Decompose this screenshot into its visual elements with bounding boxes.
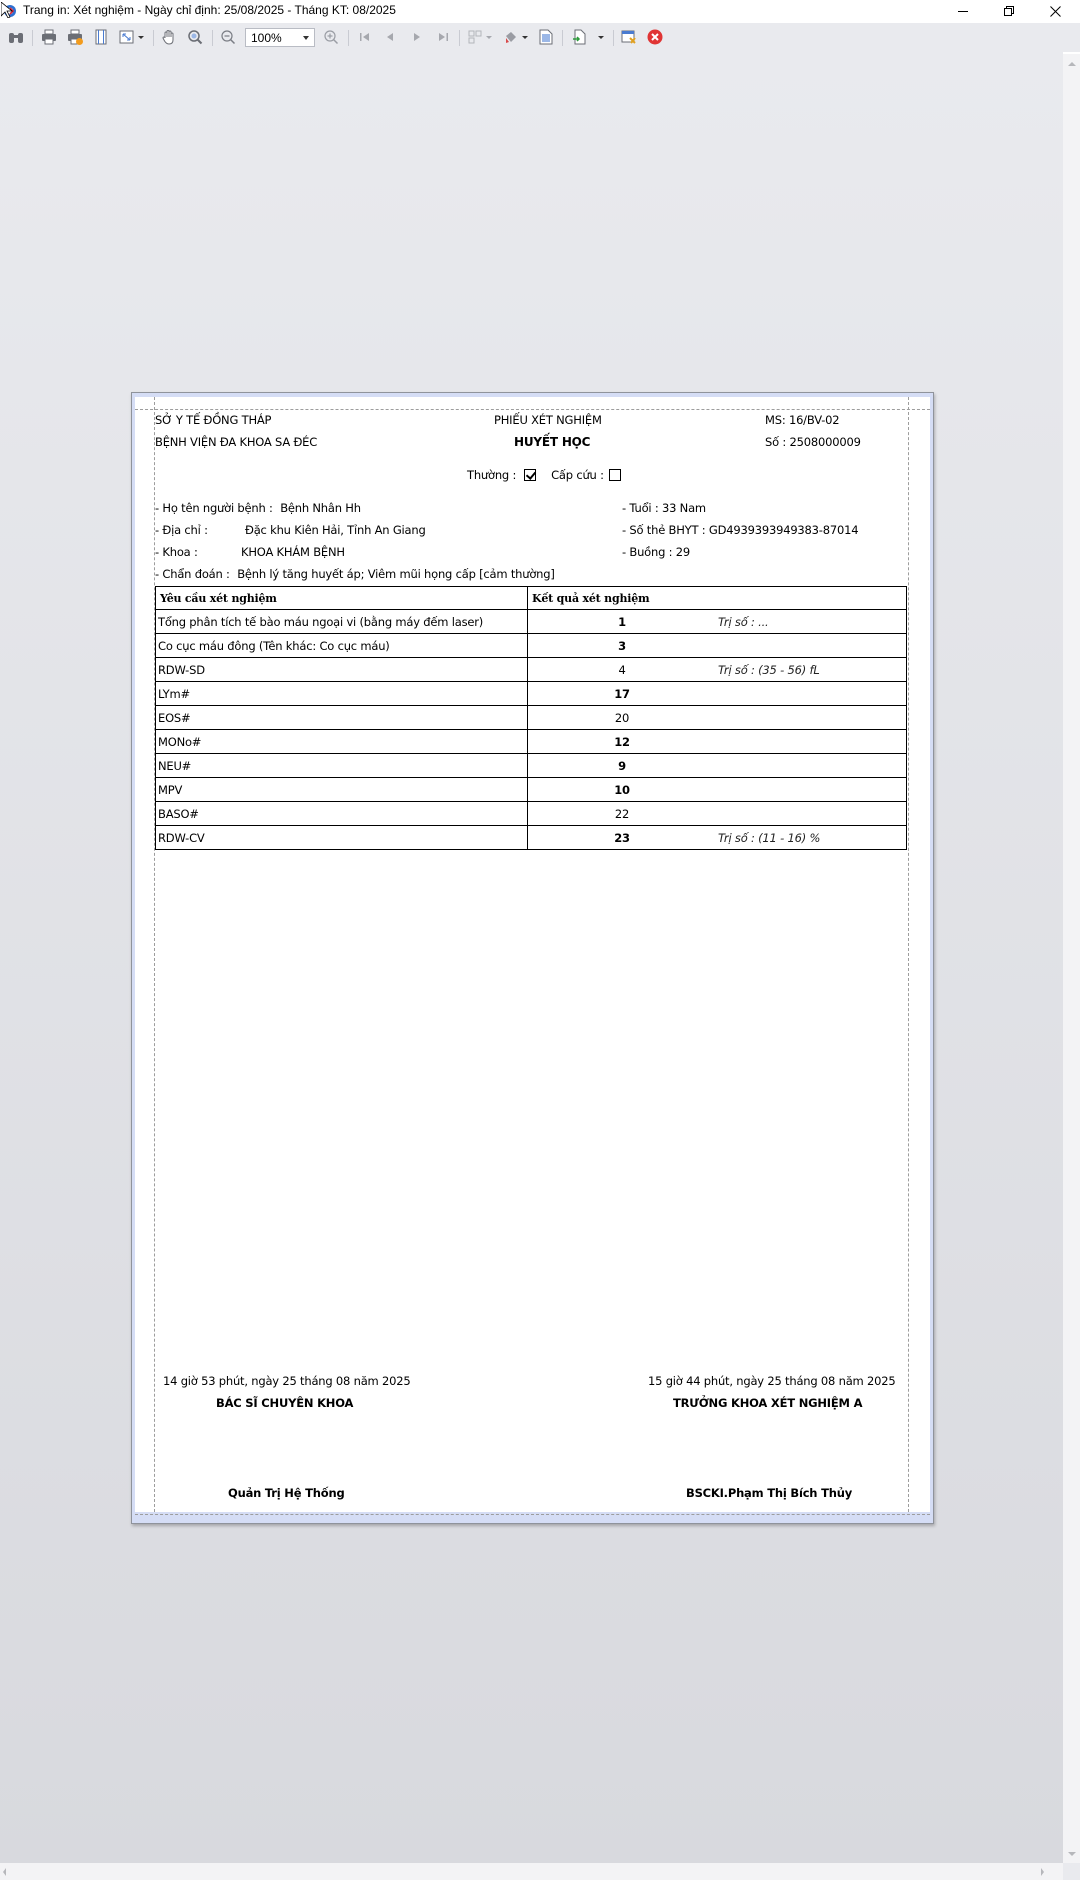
patient-department-label: - Khoa : bbox=[155, 545, 198, 559]
export-button[interactable] bbox=[570, 28, 588, 46]
right-signature-time: 15 giờ 44 phút, ngày 25 tháng 08 năm 202… bbox=[648, 1374, 895, 1388]
multiple-pages-button[interactable] bbox=[466, 28, 484, 46]
report-page bbox=[131, 392, 934, 1524]
test-result-value: 10 bbox=[528, 783, 716, 797]
patient-name: Bệnh Nhân Hh bbox=[280, 501, 361, 515]
test-result-value: 9 bbox=[528, 759, 716, 773]
table-row: MONo#12 bbox=[156, 730, 907, 754]
test-result-cell: 4Trị số : (35 - 56) fL bbox=[528, 658, 907, 682]
header-test-request: Yêu cầu xét nghiệm bbox=[156, 587, 528, 610]
patient-address-label: - Địa chỉ : bbox=[155, 523, 208, 537]
left-signature-time: 14 giờ 53 phút, ngày 25 tháng 08 năm 202… bbox=[163, 1374, 410, 1388]
test-result-value: 1 bbox=[528, 615, 716, 629]
right-signature-role: TRƯỞNG KHOA XÉT NGHIỆM A bbox=[673, 1396, 862, 1410]
test-result-value: 4 bbox=[528, 663, 716, 677]
priority-row: Thường : Cấp cứu : bbox=[467, 468, 621, 482]
patient-age: - Tuổi : 33 Nam bbox=[622, 501, 706, 515]
export-dropdown-caret[interactable] bbox=[598, 36, 604, 39]
form-title: PHIẾU XÉT NGHIỆM bbox=[494, 413, 602, 427]
test-name: RDW-SD bbox=[156, 658, 528, 682]
patient-room: - Buồng : 29 bbox=[622, 545, 690, 559]
toolbar-separator bbox=[459, 30, 460, 46]
toolbar-separator bbox=[348, 30, 349, 46]
first-page-icon bbox=[359, 31, 371, 43]
table-row: MPV10 bbox=[156, 778, 907, 802]
test-name: BASO# bbox=[156, 802, 528, 826]
table-row: EOS#20 bbox=[156, 706, 907, 730]
vertical-scrollbar[interactable] bbox=[1063, 54, 1080, 1864]
patient-name-row: - Họ tên người bệnh : Bệnh Nhân Hh bbox=[155, 501, 361, 515]
watermark-icon bbox=[539, 29, 553, 45]
header-test-result: Kết quả xét nghiệm bbox=[528, 587, 907, 610]
test-result-cell: 1Trị số : ... bbox=[528, 610, 907, 634]
test-name: MONo# bbox=[156, 730, 528, 754]
zoom-in-button[interactable] bbox=[322, 28, 340, 46]
report-page-content bbox=[135, 397, 930, 1512]
close-preview-icon bbox=[647, 29, 663, 45]
test-name: LYm# bbox=[156, 682, 528, 706]
patient-diagnosis-row: - Chẩn đoán : Bệnh lý tăng huyết áp; Viê… bbox=[155, 567, 555, 581]
test-result-cell: 20 bbox=[528, 706, 907, 730]
test-name: NEU# bbox=[156, 754, 528, 778]
reference-range: Trị số : (35 - 56) fL bbox=[718, 663, 820, 677]
org-department: SỞ Y TẾ ĐỒNG THÁP bbox=[155, 413, 271, 427]
multiple-pages-icon bbox=[468, 30, 482, 44]
close-icon bbox=[1050, 6, 1061, 17]
color-button[interactable] bbox=[502, 28, 520, 46]
table-row: LYm#17 bbox=[156, 682, 907, 706]
previous-page-button[interactable] bbox=[381, 28, 399, 46]
test-result-cell: 10 bbox=[528, 778, 907, 802]
minimize-icon bbox=[958, 6, 968, 16]
test-result-cell: 22 bbox=[528, 802, 907, 826]
priority-normal-label: Thường : bbox=[467, 468, 516, 482]
left-signature-role: BÁC SĨ CHUYÊN KHOA bbox=[216, 1396, 353, 1410]
table-row: NEU#9 bbox=[156, 754, 907, 778]
patient-address-row: - Địa chỉ : Đặc khu Kiên Hải, Tỉnh An Gi… bbox=[155, 523, 208, 537]
table-row: Tổng phân tích tế bào máu ngoại vi (bằng… bbox=[156, 610, 907, 634]
app-icon bbox=[1, 2, 17, 18]
last-page-icon bbox=[437, 31, 449, 43]
parameters-button[interactable] bbox=[620, 28, 638, 46]
table-header-row: Yêu cầu xét nghiệm Kết quả xét nghiệm bbox=[156, 587, 907, 610]
patient-address: Đặc khu Kiên Hải, Tỉnh An Giang bbox=[245, 523, 426, 537]
color-icon bbox=[503, 29, 519, 45]
scroll-up-icon[interactable] bbox=[1068, 62, 1076, 66]
table-row: RDW-CV23Trị số : (11 - 16) % bbox=[156, 826, 907, 850]
previous-page-icon bbox=[384, 31, 396, 43]
patient-department-row: - Khoa : KHOA KHÁM BỆNH bbox=[155, 545, 198, 559]
test-result-cell: 9 bbox=[528, 754, 907, 778]
margin-guide-left bbox=[154, 397, 155, 1512]
priority-emergency-checkbox[interactable] bbox=[609, 469, 621, 481]
margin-guide-bottom bbox=[135, 1514, 930, 1515]
table-row: Co cục máu đông (Tên khác: Co cục máu)3 bbox=[156, 634, 907, 658]
test-result-value: 17 bbox=[528, 687, 716, 701]
test-name: Co cục máu đông (Tên khác: Co cục máu) bbox=[156, 634, 528, 658]
test-result-value: 20 bbox=[528, 711, 716, 725]
scroll-down-icon[interactable] bbox=[1068, 1852, 1076, 1856]
watermark-button[interactable] bbox=[537, 28, 555, 46]
test-result-cell: 17 bbox=[528, 682, 907, 706]
parameters-icon bbox=[621, 29, 637, 45]
patient-department: KHOA KHÁM BỆNH bbox=[241, 545, 345, 559]
test-result-value: 3 bbox=[528, 639, 716, 653]
window-title: Trang in: Xét nghiệm - Ngày chỉ định: 25… bbox=[23, 3, 396, 17]
priority-emergency-label: Cấp cứu : bbox=[551, 468, 604, 482]
test-name: RDW-CV bbox=[156, 826, 528, 850]
horizontal-scrollbar[interactable] bbox=[0, 1863, 1063, 1880]
first-page-button[interactable] bbox=[356, 28, 374, 46]
minimize-button[interactable] bbox=[940, 0, 986, 22]
form-code: MS: 16/BV-02 bbox=[765, 413, 839, 427]
preview-toolbar-right bbox=[0, 23, 1080, 52]
reference-range: Trị số : ... bbox=[718, 615, 769, 629]
test-result-cell: 12 bbox=[528, 730, 907, 754]
title-bar: Trang in: Xét nghiệm - Ngày chỉ định: 25… bbox=[0, 0, 1080, 23]
patient-name-label: - Họ tên người bệnh : bbox=[155, 501, 273, 515]
scroll-right-icon[interactable] bbox=[1041, 1868, 1044, 1876]
table-row: RDW-SD4Trị số : (35 - 56) fL bbox=[156, 658, 907, 682]
close-preview-button[interactable] bbox=[646, 28, 664, 46]
test-name: MPV bbox=[156, 778, 528, 802]
test-result-value: 22 bbox=[528, 807, 716, 821]
test-name: EOS# bbox=[156, 706, 528, 730]
close-window-button[interactable] bbox=[1032, 0, 1078, 22]
restore-icon bbox=[1004, 6, 1014, 16]
form-subtitle: HUYẾT HỌC bbox=[514, 435, 590, 449]
results-table: Yêu cầu xét nghiệm Kết quả xét nghiệm Tổ… bbox=[155, 586, 907, 850]
scroll-left-icon[interactable] bbox=[3, 1868, 6, 1876]
margin-guide-right bbox=[908, 397, 909, 1512]
zoom-in-icon bbox=[323, 29, 339, 45]
form-number: Số : 2508000009 bbox=[765, 435, 861, 449]
margin-guide-top bbox=[135, 409, 930, 410]
test-result-cell: 3 bbox=[528, 634, 907, 658]
org-hospital: BỆNH VIỆN ĐA KHOA SA ĐÉC bbox=[155, 435, 317, 449]
patient-diagnosis: Bệnh lý tăng huyết áp; Viêm mũi họng cấp… bbox=[237, 567, 554, 581]
scrollbar-corner bbox=[1063, 1863, 1080, 1880]
export-icon bbox=[572, 29, 586, 45]
priority-normal-checkbox[interactable] bbox=[524, 469, 536, 481]
test-result-value: 23 bbox=[528, 831, 716, 845]
restore-button[interactable] bbox=[986, 0, 1032, 22]
next-page-icon bbox=[411, 31, 423, 43]
patient-insurance-number: - Số thẻ BHYT : GD4939393949383-87014 bbox=[622, 523, 858, 537]
table-row: BASO#22 bbox=[156, 802, 907, 826]
left-signature-name: Quản Trị Hệ Thống bbox=[228, 1486, 345, 1500]
multiple-pages-dropdown-caret[interactable] bbox=[486, 36, 492, 39]
right-signature-name: BSCKI.Phạm Thị Bích Thủy bbox=[686, 1486, 852, 1500]
test-result-cell: 23Trị số : (11 - 16) % bbox=[528, 826, 907, 850]
test-name: Tổng phân tích tế bào máu ngoại vi (bằng… bbox=[156, 610, 528, 634]
patient-diagnosis-label: - Chẩn đoán : bbox=[155, 567, 230, 581]
last-page-button[interactable] bbox=[434, 28, 452, 46]
test-result-value: 12 bbox=[528, 735, 716, 749]
color-dropdown-caret[interactable] bbox=[522, 36, 528, 39]
next-page-button[interactable] bbox=[408, 28, 426, 46]
toolbar-separator bbox=[613, 30, 614, 46]
toolbar-separator bbox=[562, 30, 563, 46]
reference-range: Trị số : (11 - 16) % bbox=[718, 831, 820, 845]
